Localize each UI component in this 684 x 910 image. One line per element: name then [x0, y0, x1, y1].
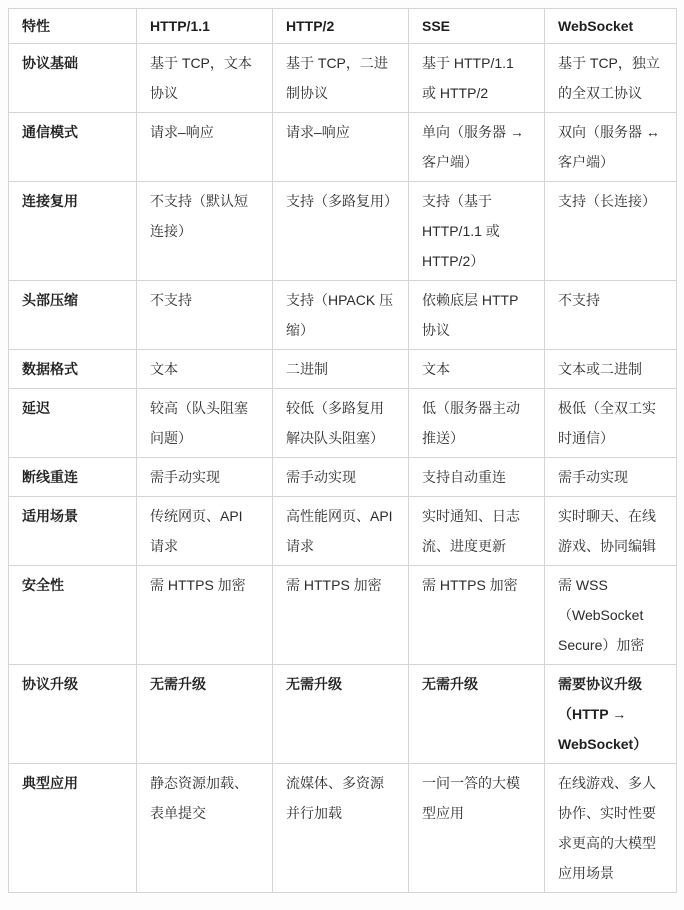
header-row: 特性 HTTP/1.1 HTTP/2 SSE WebSocket — [9, 9, 677, 44]
value-cell-websocket: 实时聊天、在线游戏、协同编辑 — [545, 497, 677, 566]
feature-cell: 数据格式 — [9, 350, 137, 389]
table-row-use-cases: 适用场景 传统网页、API 请求 高性能网页、API 请求 实时通知、日志流、进… — [9, 497, 677, 566]
value-cell-websocket: 基于 TCP，独立的全双工协议 — [545, 44, 677, 113]
feature-cell: 安全性 — [9, 566, 137, 665]
table-row-typical-apps: 典型应用 静态资源加载、表单提交 流媒体、多资源并行加载 一问一答的大模型应用 … — [9, 764, 677, 893]
value-cell-sse: 实时通知、日志流、进度更新 — [409, 497, 545, 566]
value-cell-http2: 高性能网页、API 请求 — [273, 497, 409, 566]
value-cell-sse: 依赖底层 HTTP 协议 — [409, 281, 545, 350]
value-cell-http2: 流媒体、多资源并行加载 — [273, 764, 409, 893]
col-header-http11: HTTP/1.1 — [137, 9, 273, 44]
col-header-websocket: WebSocket — [545, 9, 677, 44]
table-row-latency: 延迟 较高（队头阻塞问题） 较低（多路复用解决队头阻塞） 低（服务器主动推送） … — [9, 389, 677, 458]
value-cell-http11: 不支持 — [137, 281, 273, 350]
value-cell-sse: 基于 HTTP/1.1 或 HTTP/2 — [409, 44, 545, 113]
value-cell-sse: 支持（基于 HTTP/1.1 或 HTTP/2） — [409, 182, 545, 281]
table-row-security: 安全性 需 HTTPS 加密 需 HTTPS 加密 需 HTTPS 加密 需 W… — [9, 566, 677, 665]
value-cell-http2: 需 HTTPS 加密 — [273, 566, 409, 665]
value-cell-http11: 基于 TCP，文本协议 — [137, 44, 273, 113]
table-row-protocol-basis: 协议基础 基于 TCP，文本协议 基于 TCP，二进制协议 基于 HTTP/1.… — [9, 44, 677, 113]
col-header-feature: 特性 — [9, 9, 137, 44]
value-cell-http2: 基于 TCP，二进制协议 — [273, 44, 409, 113]
protocol-comparison-table: 特性 HTTP/1.1 HTTP/2 SSE WebSocket 协议基础 基于… — [8, 8, 677, 893]
feature-cell: 连接复用 — [9, 182, 137, 281]
feature-cell: 典型应用 — [9, 764, 137, 893]
value-cell-sse: 无需升级 — [409, 665, 545, 764]
value-cell-http2: 需手动实现 — [273, 458, 409, 497]
feature-cell: 延迟 — [9, 389, 137, 458]
value-cell-http2: 支持（多路复用） — [273, 182, 409, 281]
value-cell-websocket: 文本或二进制 — [545, 350, 677, 389]
table-row-communication-mode: 通信模式 请求–响应 请求–响应 单向（服务器 → 客户端） 双向（服务器 ↔ … — [9, 113, 677, 182]
value-cell-http11: 不支持（默认短连接） — [137, 182, 273, 281]
value-cell-websocket: 需 WSS（WebSocket Secure）加密 — [545, 566, 677, 665]
feature-cell: 协议升级 — [9, 665, 137, 764]
value-cell-websocket: 需手动实现 — [545, 458, 677, 497]
value-cell-http11: 较高（队头阻塞问题） — [137, 389, 273, 458]
value-cell-http11: 需 HTTPS 加密 — [137, 566, 273, 665]
value-cell-sse: 一问一答的大模型应用 — [409, 764, 545, 893]
table-row-protocol-upgrade: 协议升级 无需升级 无需升级 无需升级 需要协议升级（HTTP → WebSoc… — [9, 665, 677, 764]
value-cell-http2: 无需升级 — [273, 665, 409, 764]
value-cell-websocket: 需要协议升级（HTTP → WebSocket） — [545, 665, 677, 764]
table-row-data-format: 数据格式 文本 二进制 文本 文本或二进制 — [9, 350, 677, 389]
table-row-header-compression: 头部压缩 不支持 支持（HPACK 压缩） 依赖底层 HTTP 协议 不支持 — [9, 281, 677, 350]
value-cell-http2: 支持（HPACK 压缩） — [273, 281, 409, 350]
value-cell-http11: 无需升级 — [137, 665, 273, 764]
value-cell-websocket: 在线游戏、多人协作、实时性要求更高的大模型应用场景 — [545, 764, 677, 893]
value-cell-sse: 文本 — [409, 350, 545, 389]
value-cell-http2: 较低（多路复用解决队头阻塞） — [273, 389, 409, 458]
value-cell-http2: 二进制 — [273, 350, 409, 389]
value-cell-websocket: 双向（服务器 ↔ 客户端） — [545, 113, 677, 182]
feature-cell: 适用场景 — [9, 497, 137, 566]
value-cell-http11: 需手动实现 — [137, 458, 273, 497]
value-cell-websocket: 支持（长连接） — [545, 182, 677, 281]
value-cell-sse: 单向（服务器 → 客户端） — [409, 113, 545, 182]
feature-cell: 协议基础 — [9, 44, 137, 113]
value-cell-sse: 支持自动重连 — [409, 458, 545, 497]
feature-cell: 头部压缩 — [9, 281, 137, 350]
col-header-sse: SSE — [409, 9, 545, 44]
table-row-connection-reuse: 连接复用 不支持（默认短连接） 支持（多路复用） 支持（基于 HTTP/1.1 … — [9, 182, 677, 281]
value-cell-sse: 需 HTTPS 加密 — [409, 566, 545, 665]
feature-cell: 通信模式 — [9, 113, 137, 182]
feature-cell: 断线重连 — [9, 458, 137, 497]
value-cell-sse: 低（服务器主动推送） — [409, 389, 545, 458]
value-cell-websocket: 极低（全双工实时通信） — [545, 389, 677, 458]
value-cell-http11: 请求–响应 — [137, 113, 273, 182]
value-cell-http11: 传统网页、API 请求 — [137, 497, 273, 566]
value-cell-http11: 静态资源加载、表单提交 — [137, 764, 273, 893]
col-header-http2: HTTP/2 — [273, 9, 409, 44]
value-cell-http2: 请求–响应 — [273, 113, 409, 182]
value-cell-http11: 文本 — [137, 350, 273, 389]
value-cell-websocket: 不支持 — [545, 281, 677, 350]
table-row-reconnect: 断线重连 需手动实现 需手动实现 支持自动重连 需手动实现 — [9, 458, 677, 497]
